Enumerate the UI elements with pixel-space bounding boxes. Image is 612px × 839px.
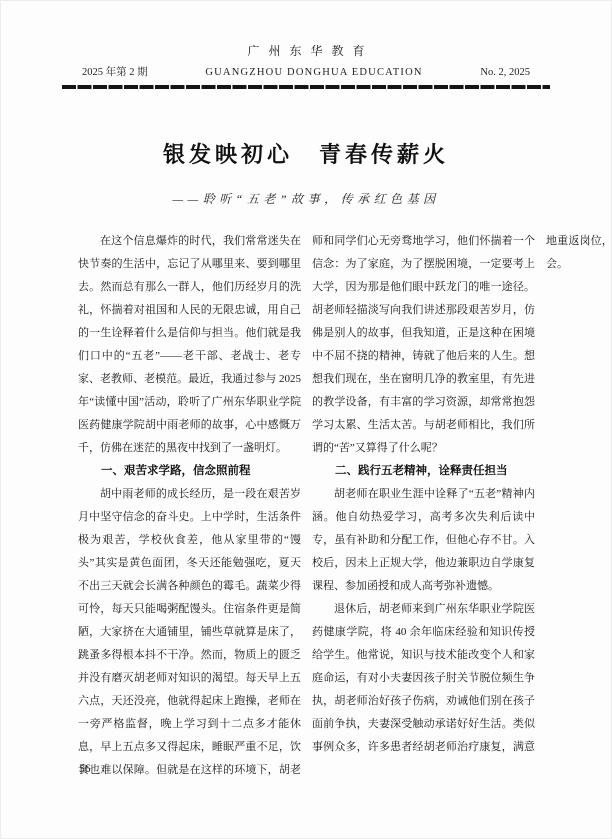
intro-paragraph: 在这个信息爆炸的时代，我们常常迷失在快节奏的生活中，忘记了从哪里来、要到哪里去。… <box>78 230 301 460</box>
issue-label-cn: 2025 年第 2 期 <box>82 64 148 79</box>
journal-title-cn: 广州东华教育 <box>62 42 550 59</box>
journal-title-en: GUANGZHOU DONGHUA EDUCATION <box>205 67 422 78</box>
article-body: 在这个信息爆炸的时代，我们常常迷失在快节奏的生活中，忘记了从哪里来、要到哪里去。… <box>78 230 535 786</box>
issue-label-en: No. 2, 2025 <box>480 67 530 78</box>
article-title: 银发映初心 青春传薪火 <box>0 138 612 169</box>
article-subtitle: ——聆听“五老”故事，传承红色基因 <box>0 190 612 207</box>
section-1-heading: 一、艰苦求学路，信念照前程 <box>78 460 301 483</box>
running-head: 广州东华教育 2025 年第 2 期 GUANGZHOU DONGHUA EDU… <box>62 0 550 89</box>
journal-page: 广州东华教育 2025 年第 2 期 GUANGZHOU DONGHUA EDU… <box>0 0 612 839</box>
page-number: 56 <box>79 763 91 775</box>
section-2-paragraph-1: 胡老师在职业生涯中诠释了“五老”精神内涵。他自幼热爱学习，高考多次失利后读中专，… <box>312 483 535 598</box>
header-rule <box>62 85 550 89</box>
section-2-heading: 二、践行五老精神，诠释责任担当 <box>312 460 535 483</box>
running-head-row: 2025 年第 2 期 GUANGZHOU DONGHUA EDUCATION … <box>82 64 530 79</box>
